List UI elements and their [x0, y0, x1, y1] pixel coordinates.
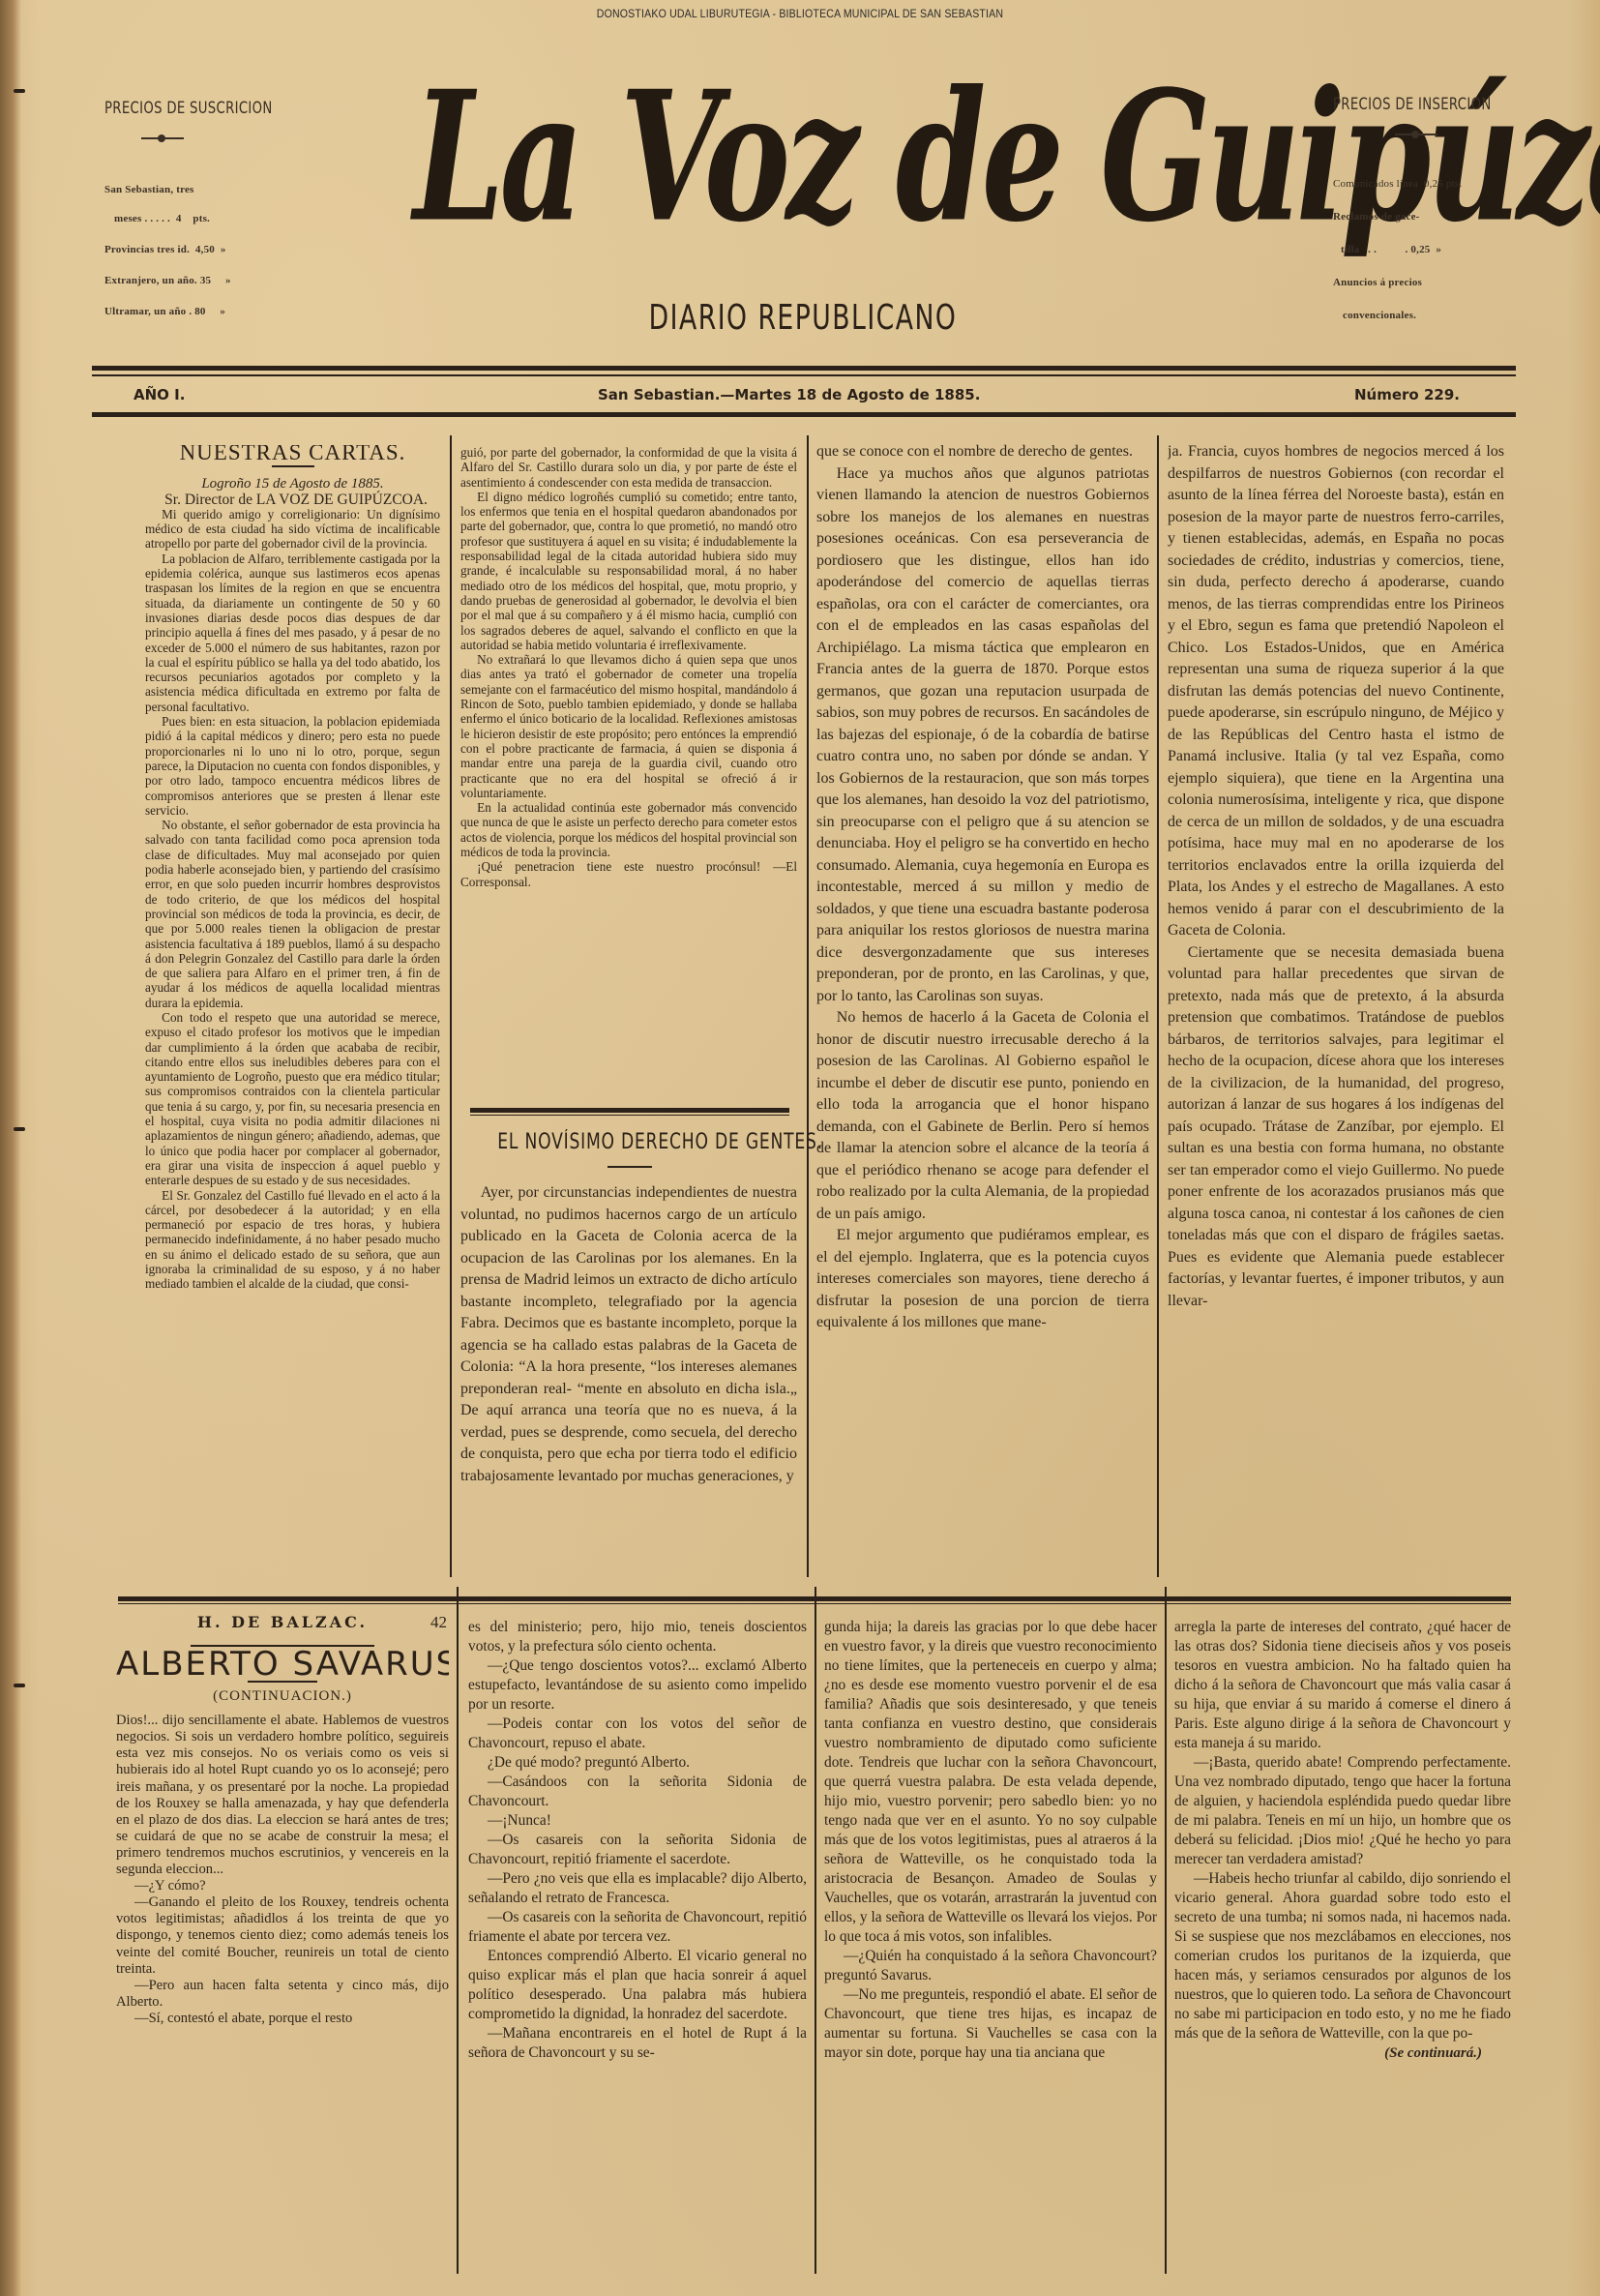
- folletin-col3: gunda hija; la dareis las gracias por lo…: [824, 1618, 1157, 2276]
- subscription-row: Extranjero, un año. 35 »: [104, 275, 231, 286]
- paragraph: —No me pregunteis, respondió el abate. E…: [824, 1985, 1157, 2063]
- binding-mark: [14, 89, 25, 93]
- letter-salutation: Sr. Director de LA VOZ DE GUIPÚZCOA.: [145, 492, 440, 507]
- paragraph: —Pero aun hacen falta setenta y cinco má…: [116, 1978, 449, 2011]
- binding-mark: [14, 1127, 25, 1131]
- paragraph: arregla la parte de intereses del contra…: [1174, 1618, 1511, 1753]
- newspaper-subtitle: DIARIO REPUBLICANO: [424, 298, 1182, 338]
- column-divider: [1157, 435, 1159, 1577]
- rule: [92, 366, 1516, 371]
- paragraph: —Os casareis con la señorita de Chavonco…: [468, 1908, 807, 1947]
- paragraph: gunda hija; la dareis las gracias por lo…: [824, 1618, 1157, 1947]
- article-derecho-gentes-col3: que se conoce con el nombre de derecho d…: [816, 441, 1149, 1571]
- paragraph: Entonces comprendió Alberto. El vicario …: [468, 1947, 807, 2024]
- paragraph: —¿Y cómo?: [116, 1878, 449, 1894]
- paragraph: —¡Basta, querido abate! Comprendo perfec…: [1174, 1753, 1511, 1869]
- insertion-prices: PRECIOS DE INSERCION Comunicados línea 0…: [1333, 95, 1526, 327]
- issue-date: San Sebastian.—Martes 18 de Agosto de 18…: [598, 386, 980, 403]
- subscription-row: Provincias tres id. 4,50 »: [104, 244, 226, 255]
- paragraph: No obstante, el señor gobernador de esta…: [145, 818, 440, 1010]
- subscription-prices: PRECIOS DE SUSCRICION San Sebastian, tre…: [104, 99, 298, 331]
- ornament-divider: [1395, 134, 1437, 135]
- paragraph: ¿De qué modo? preguntó Alberto.: [468, 1753, 807, 1773]
- to-be-continued-note: (Se continuará.): [1174, 2043, 1511, 2063]
- paragraph: La poblacion de Alfaro, terriblemente ca…: [145, 552, 440, 714]
- insertion-row: Reclamos de gace-: [1333, 211, 1420, 223]
- paragraph: Ayer, por circunstancias independientes …: [460, 1182, 797, 1487]
- paragraph: —Os casareis con la señorita Sidonia de …: [468, 1831, 807, 1869]
- paragraph: En la actualidad continúa este gobernado…: [460, 800, 797, 859]
- newspaper-title: La Voz de Guipúzcoa: [413, 68, 1193, 247]
- paragraph: Dios!... dijo sencillamente el abate. Ha…: [116, 1713, 449, 1878]
- column-divider: [1165, 1587, 1167, 2274]
- paragraph: El mejor argumento que pudiéramos emplea…: [816, 1225, 1149, 1334]
- paragraph: Hace ya muchos años que algunos patriota…: [816, 463, 1149, 1008]
- paragraph: que se conoce con el nombre de derecho d…: [816, 441, 1149, 463]
- paragraph: —Ganando el pleito de los Rouxey, tendre…: [116, 1894, 449, 1977]
- folletin-title: ALBERTO SAVARUS.: [116, 1656, 449, 1673]
- paragraph: Ciertamente que se necesita demasiada bu…: [1168, 942, 1504, 1313]
- insertion-row: convencionales.: [1343, 310, 1416, 321]
- paragraph: ¡Qué penetracion tiene este nuestro proc…: [460, 859, 797, 889]
- paragraph: El Sr. Gonzalez del Castillo fué llevado…: [145, 1188, 440, 1292]
- article-derecho-gentes-col2: Ayer, por circunstancias independientes …: [460, 1182, 797, 1567]
- insertion-row: Comunicados línea 0,25 pts.: [1333, 178, 1462, 190]
- insertion-row: tilla . . . 0,25 »: [1341, 244, 1441, 255]
- title-dash: [607, 1166, 652, 1168]
- paragraph: Con todo el respeto que una autoridad se…: [145, 1010, 440, 1188]
- column-divider: [807, 435, 809, 1577]
- folletin-subtitle: (CONTINUACION.): [116, 1688, 449, 1705]
- paragraph: No hemos de hacerlo á la Gaceta de Colon…: [816, 1007, 1149, 1225]
- folletin-col2: es del ministerio; pero, hijo mio, tenei…: [468, 1618, 807, 2276]
- folletin-author: H. DE BALZAC.: [116, 1614, 449, 1630]
- folletin-col4: arregla la parte de intereses del contra…: [1174, 1618, 1511, 2276]
- article-derecho-gentes-col4: ja. Francia, cuyos hombres de negocios m…: [1168, 441, 1504, 1571]
- article-title: NUESTRAS CARTAS.: [145, 445, 440, 460]
- paragraph: —Habeis hecho triunfar al cabildo, dijo …: [1174, 1869, 1511, 2043]
- subscription-heading: PRECIOS DE SUSCRICION: [104, 99, 255, 118]
- paragraph: El digno médico logroñés cumplió su come…: [460, 490, 797, 652]
- page-binding-edge: [0, 0, 21, 2296]
- column-divider: [457, 1587, 459, 2274]
- article-title: EL NOVÍSIMO DERECHO DE GENTES.: [497, 1130, 759, 1154]
- paragraph: —Sí, contestó el abate, porque el resto: [116, 2011, 449, 2027]
- binding-mark: [14, 1684, 25, 1687]
- article-nuestras-cartas-col1: NUESTRAS CARTAS. Logroño 15 de Agosto de…: [145, 445, 440, 1575]
- subscription-row: San Sebastian, tres: [104, 184, 194, 195]
- paragraph: Mi querido amigo y correligionario: Un d…: [145, 507, 440, 552]
- paragraph: —¿Que tengo doscientos votos?... exclamó…: [468, 1656, 807, 1715]
- article-nuestras-cartas-col2: guió, por parte del gobernador, la confo…: [460, 445, 797, 1006]
- insertion-row: Anuncios á precios: [1333, 277, 1422, 288]
- section-rule: [470, 1108, 789, 1116]
- paragraph: es del ministerio; pero, hijo mio, tenei…: [468, 1618, 807, 1656]
- masthead: La Voz de Guipúzcoa DIARIO REPUBLICANO: [290, 60, 1316, 350]
- title-dash: [272, 465, 314, 467]
- archive-credit: DONOSTIAKO UDAL LIBURUTEGIA - BIBLIOTECA…: [96, 7, 1504, 20]
- paragraph: ja. Francia, cuyos hombres de negocios m…: [1168, 441, 1504, 942]
- subscription-row: Ultramar, un año . 80 »: [104, 306, 225, 317]
- subscription-row: meses . . . . . 4 pts.: [114, 213, 210, 224]
- column-divider: [815, 1587, 816, 2274]
- letter-dateline: Logroño 15 de Agosto de 1885.: [145, 477, 440, 492]
- column-divider: [450, 435, 452, 1577]
- folletin-col1: H. DE BALZAC. 42 ALBERTO SAVARUS. (CONTI…: [116, 1614, 449, 2277]
- issue-number: Número 229.: [1354, 386, 1460, 403]
- paragraph: —Podeis contar con los votos del señor d…: [468, 1715, 807, 1753]
- paragraph: No extrañará lo que llevamos dicho á qui…: [460, 652, 797, 800]
- rule: [92, 412, 1516, 417]
- paragraph: Pues bien: en esta situacion, la poblaci…: [145, 714, 440, 818]
- insertion-heading: PRECIOS DE INSERCION: [1333, 95, 1484, 114]
- paragraph: —Mañana encontrareis en el hotel de Rupt…: [468, 2024, 807, 2063]
- paragraph: —¿Quién ha conquistado á la señora Chavo…: [824, 1947, 1157, 1985]
- paragraph: —Pero ¿no veis que ella es implacable? d…: [468, 1869, 807, 1908]
- folletin-number: 42: [430, 1614, 447, 1630]
- rule: [92, 374, 1516, 376]
- paragraph: —¡Nunca!: [468, 1811, 807, 1831]
- issue-year: AÑO I.: [133, 386, 185, 403]
- paragraph: guió, por parte del gobernador, la confo…: [460, 445, 797, 490]
- paragraph: —Casándoos con la señorita Sidonia de Ch…: [468, 1773, 807, 1811]
- ornament-divider: [141, 137, 184, 139]
